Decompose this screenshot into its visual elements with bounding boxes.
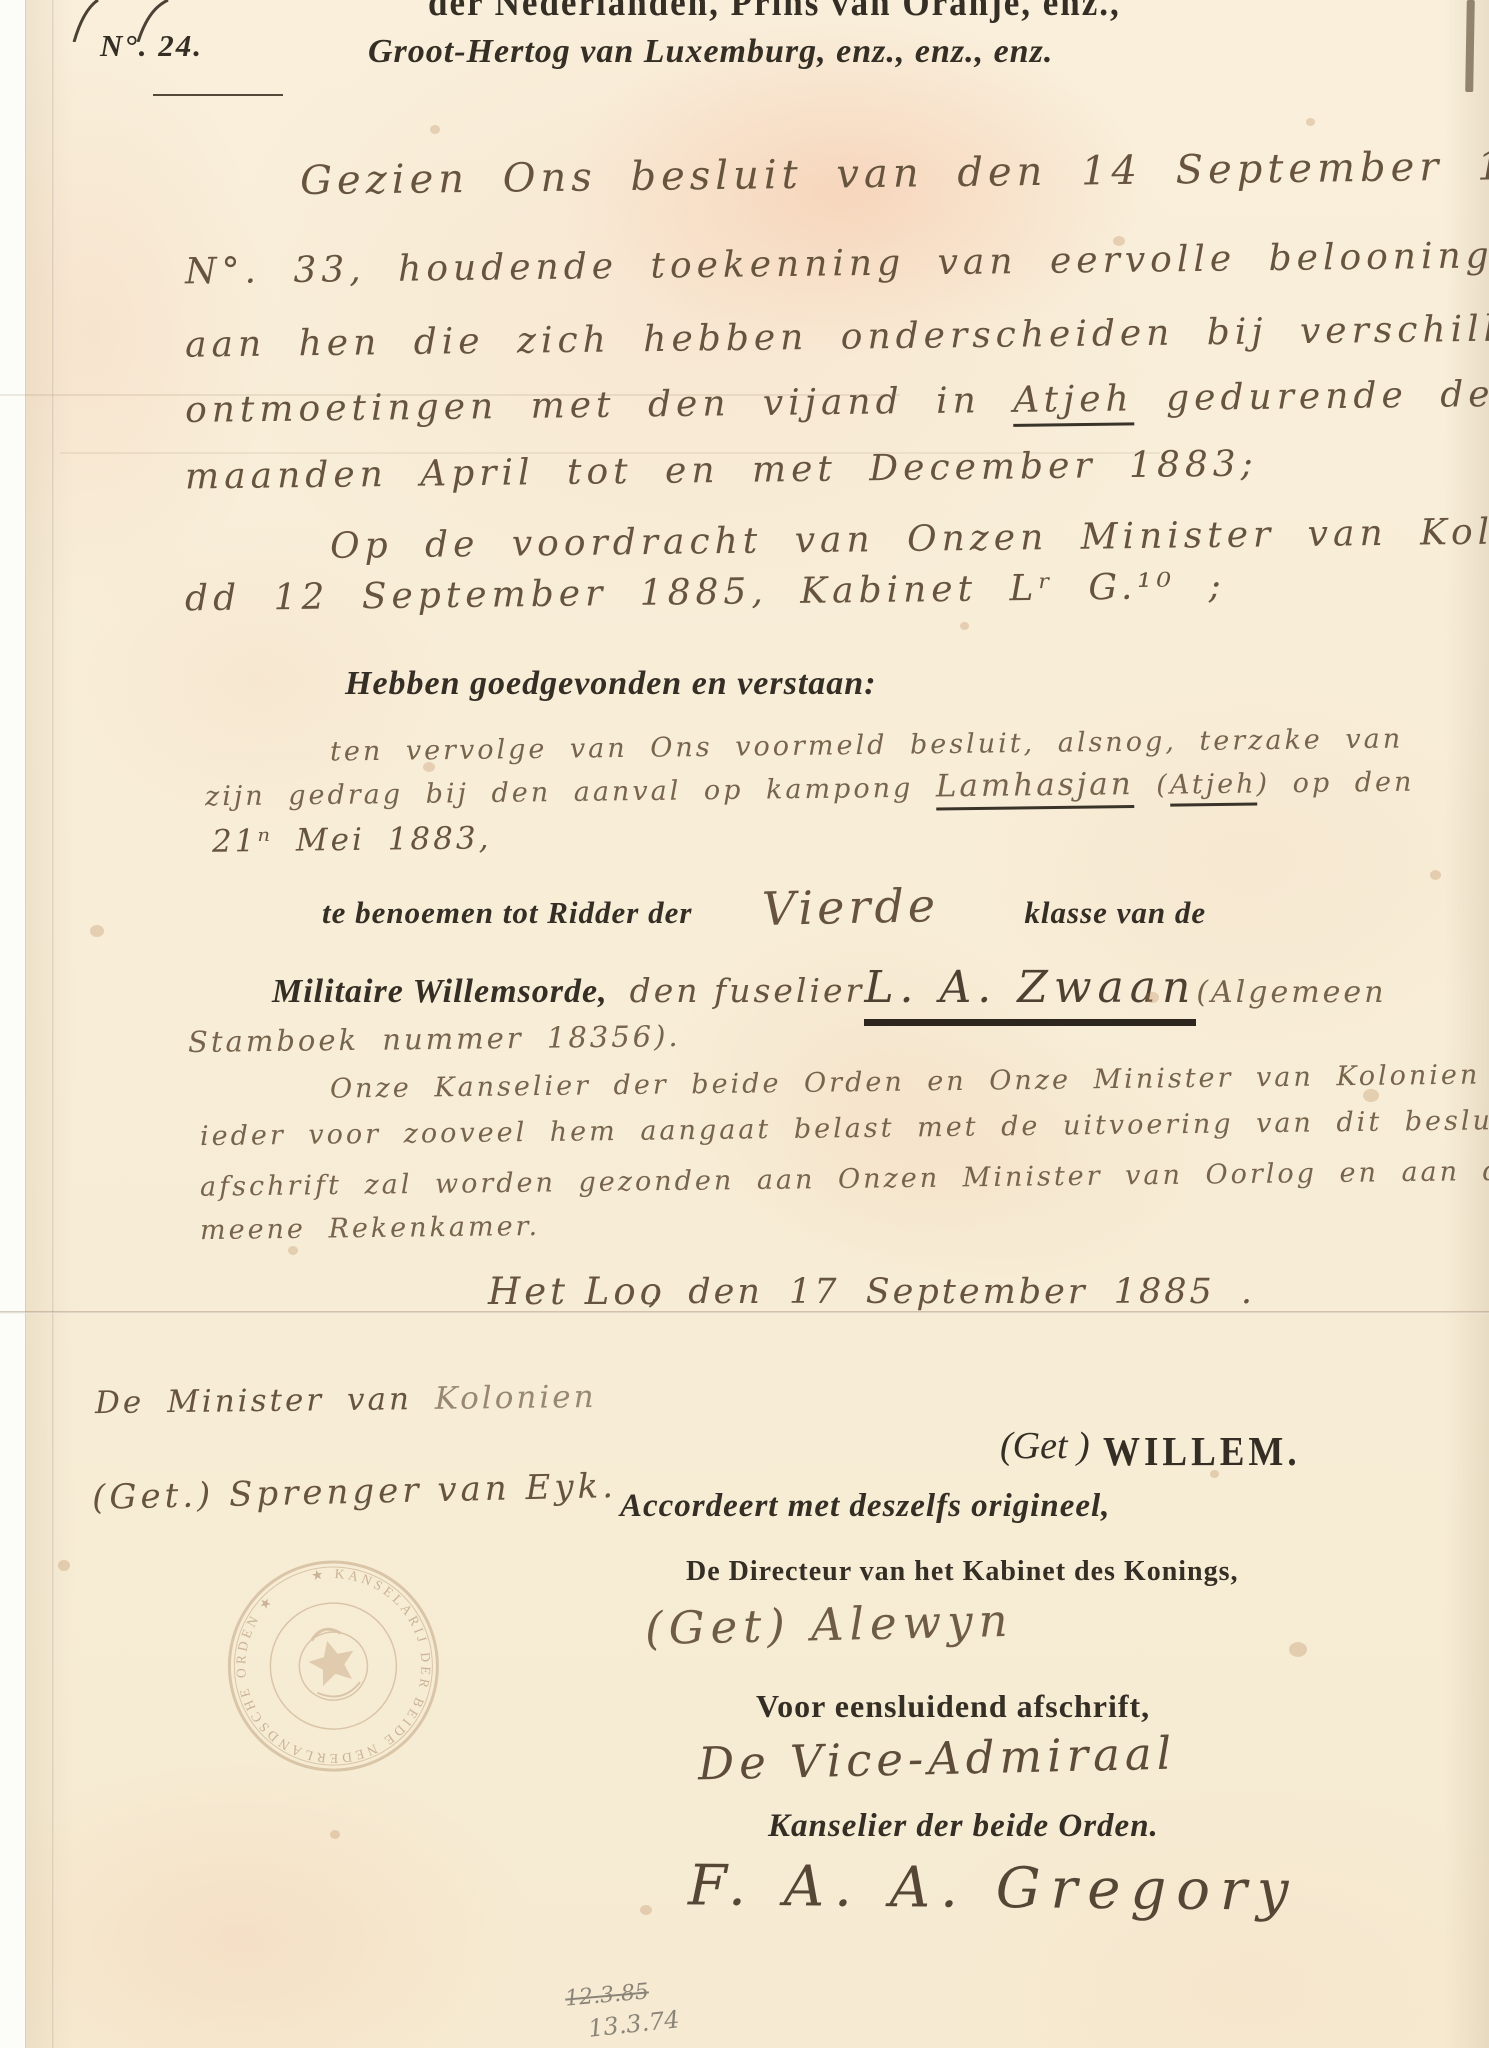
director-signature: (Get) Alewyn <box>644 1594 1014 1655</box>
fold-crease <box>0 1311 1489 1314</box>
stamp-crest-icon <box>291 1621 374 1707</box>
fox-spot <box>423 762 435 772</box>
minister-department: Kolonien <box>435 1379 597 1417</box>
fox-spot <box>1113 236 1125 246</box>
dateline-place: Het Loo <box>488 1270 666 1313</box>
order-name-line: Militaire Willemsorde, den fuselier L. A… <box>272 962 1387 1026</box>
fox-spot <box>90 925 104 937</box>
underlined-word-lamhasjan: Lamhasjan <box>936 766 1134 810</box>
fox-spot <box>288 1246 298 1255</box>
chancellor-title: Kanselier der beide Orden. <box>768 1808 1159 1845</box>
royal-signature-name: WILLEM. <box>1103 1428 1301 1476</box>
underlined-word-atjeh: Atjeh <box>1013 378 1134 426</box>
appointment-line: te benoemen tot Ridder der Vierde klasse… <box>322 880 1206 934</box>
body-text: ontmoetingen met den vijand in <box>185 380 1014 431</box>
vice-admiral-line: De Vice-Admiraal <box>697 1727 1176 1791</box>
fox-spot <box>1430 870 1441 880</box>
chancellor-signature: F. A. A. Gregory <box>688 1853 1299 1923</box>
body-line: Op de voordracht van Onzen Minister van … <box>330 510 1489 567</box>
body-line: ten vervolge van Ons voormeld besluit, a… <box>330 723 1403 767</box>
body-line: Onze Kanselier der beide Orden en Onze M… <box>330 1058 1489 1104</box>
body-line: zijn gedrag bij den aanval op kampong La… <box>205 763 1415 814</box>
fox-spot <box>1363 1089 1379 1102</box>
accord-line: Accordeert met deszelfs origineel, <box>620 1488 1110 1525</box>
fox-spot <box>430 125 440 134</box>
fox-spot <box>640 1905 652 1915</box>
body-text: ( <box>1134 770 1171 801</box>
body-line: ieder voor zooveel hem aangaat belast me… <box>200 1103 1489 1152</box>
page-title: Groot-Hertog van Luxemburg, enz., enz., … <box>368 33 1053 71</box>
body-text: ) op den <box>1256 767 1414 800</box>
minister-signature: (Get.) Sprenger van Eyk. <box>92 1466 618 1518</box>
document-number: N°. 24. <box>100 28 203 64</box>
director-title: De Directeur van het Kabinet des Konings… <box>686 1556 1239 1588</box>
body-line: ontmoetingen met den vijand in Atjeh ged… <box>185 374 1489 431</box>
pencil-note: 12.3.85 <box>564 1979 650 2011</box>
minister-title-line: De Minister van Kolonien <box>95 1379 597 1421</box>
printed-text: klasse van de <box>1024 895 1206 931</box>
body-line: dd 12 September 1885, Kabinet Lʳ G.¹⁰ ; <box>185 566 1226 620</box>
body-text: zijn gedrag bij den aanval op kampong <box>205 772 936 812</box>
fold-crease-vertical <box>52 0 55 2048</box>
minister-title: De Minister van <box>95 1381 435 1421</box>
document-number-underline <box>153 94 283 96</box>
handwritten-class-vierde: Vierde <box>762 878 940 936</box>
chancellery-seal-stamp: ★ KANSELARIJ DER BEIDE NEDERLANDSCHE ORD… <box>193 1525 475 1811</box>
body-line: N°. 33, houdende toekenning van eervolle… <box>185 235 1489 293</box>
fox-spot <box>58 1560 70 1571</box>
scanned-document-page: der Nederlanden, Prins van Oranje, enz.,… <box>0 0 1489 2048</box>
fox-spot <box>960 622 969 630</box>
body-line: 21ⁿ Mei 1883, <box>212 820 492 859</box>
fox-spot <box>330 1830 340 1839</box>
stamboek-number-line: Stamboek nummer 18356). <box>188 1019 681 1059</box>
body-line: aan hen die zich hebben onderscheiden bi… <box>185 307 1489 365</box>
fox-spot <box>1146 992 1159 1003</box>
fox-spot <box>1306 118 1315 126</box>
handwritten-rank: den fuselier <box>630 971 865 1010</box>
pencil-note: 13.3.74 <box>587 2005 681 2042</box>
scan-edge <box>0 0 26 2048</box>
body-line: Gezien Ons besluit van den 14 September … <box>300 142 1489 204</box>
underlined-word-atjeh: Atjeh <box>1170 769 1257 807</box>
scan-artifact <box>1465 0 1475 92</box>
clipped-title-line: der Nederlanden, Prins van Oranje, enz., <box>428 0 1121 25</box>
dateline-date: , den 17 September 1885 . <box>648 1272 1255 1312</box>
handwritten-text: (Algemeen <box>1196 975 1386 1010</box>
body-line: afschrift zal worden gezonden aan Onzen … <box>200 1154 1489 1202</box>
body-text: gedurende de <box>1133 374 1489 419</box>
royal-signature-get: (Get ) <box>1000 1424 1090 1468</box>
decree-heading: Hebben goedgevonden en verstaan: <box>345 665 877 703</box>
body-line: meene Rekenkamer. <box>200 1211 540 1246</box>
printed-order-name: Militaire Willemsorde, <box>272 973 608 1011</box>
fox-spot <box>1210 1470 1219 1478</box>
fold-crease <box>0 394 900 396</box>
certified-copy-line: Voor eensluidend afschrift, <box>756 1688 1150 1725</box>
printed-text: te benoemen tot Ridder der <box>322 895 692 931</box>
fold-crease <box>60 452 1160 454</box>
fox-spot <box>1289 1642 1307 1657</box>
